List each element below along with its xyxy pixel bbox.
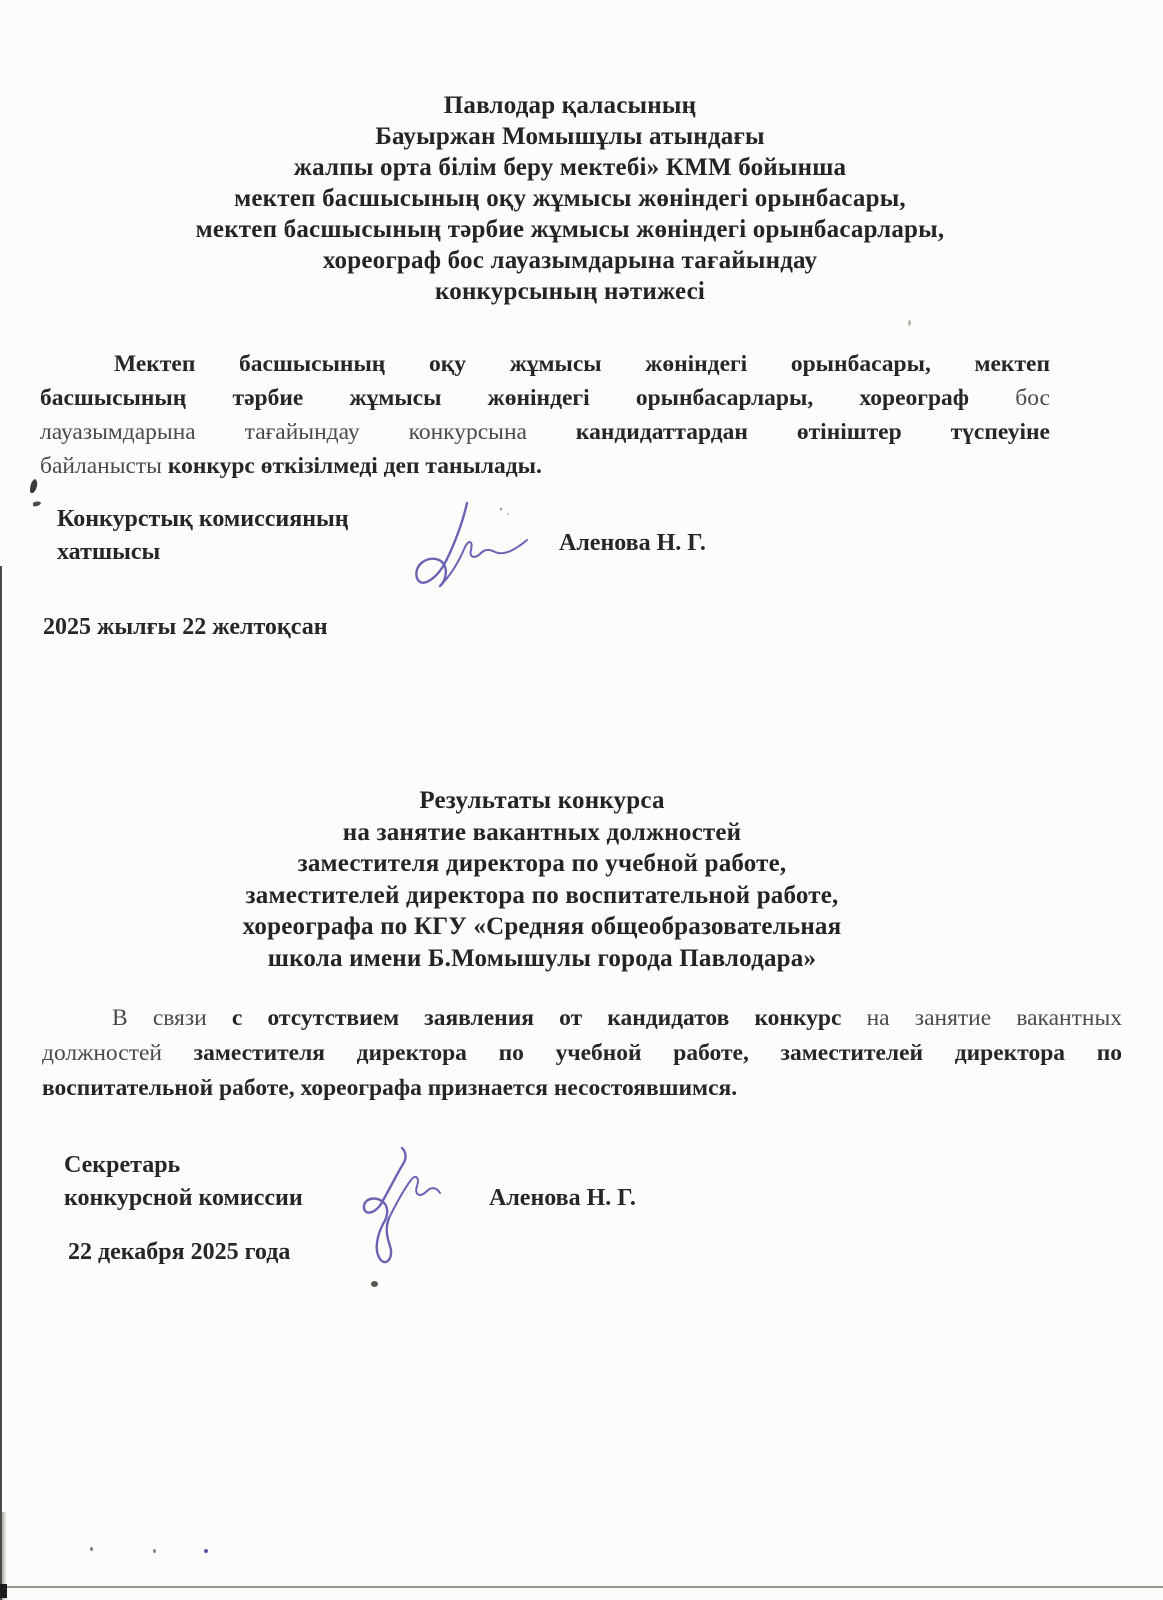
scan-speck [153,1549,156,1553]
ru-title-line: хореографа по КГУ «Средняя общеобразоват… [0,911,1084,943]
ru-title-line: заместителей директора по воспитательной… [0,880,1084,912]
kk-title-line: Бауыржан Момышұлы атындағы [0,121,1140,152]
ru-title-line: заместителя директора по учебной работе, [0,848,1084,880]
ru-body-line: должностей заместителя директора по учеб… [42,1036,1122,1071]
kk-title-line: жалпы орта білім беру мектебі» КММ бойын… [0,152,1140,183]
ru-date: 22 декабря 2025 года [68,1239,290,1266]
kk-title-line: конкурсының нәтижесі [0,276,1140,307]
scan-edge-bottom [0,1586,1163,1588]
kk-signatory-name: Аленова Н. Г. [559,530,706,557]
text-run: бос [1015,385,1050,411]
ink-dot [507,513,509,515]
text-run: басшысының тәрбие жұмысы жөніндегі орынб… [40,385,1015,411]
text-run: заместителя директора по учебной работе,… [194,1040,1122,1066]
ru-body-line: воспитательной работе, хореографа призна… [42,1071,1122,1106]
scan-speck [90,1547,93,1551]
ink-blot-mark [26,477,44,511]
ru-signatory-name: Аленова Н. Г. [489,1185,636,1212]
ru-body-paragraph: В связи с отсутствием заявления от канди… [42,1001,1122,1106]
ink-dot [500,508,503,511]
text-run: с отсутствием заявления от кандидатов ко… [232,1005,867,1031]
ru-signatory-role-line: Секретарь [64,1149,303,1182]
kk-title-line: Павлодар қаласының [0,90,1140,121]
scanned-document-page: Павлодар қаласының Бауыржан Момышұлы аты… [0,0,1163,1600]
kk-body-line: лауазымдарына тағайындау конкурсына канд… [40,415,1050,449]
kk-body-paragraph: Мектеп басшысының оқу жұмысы жөніндегі о… [40,347,1050,483]
kk-title-block: Павлодар қаласының Бауыржан Момышұлы аты… [0,90,1140,307]
text-run: кандидаттардан өтініштер түспеуіне [576,419,1050,445]
kk-body-line: басшысының тәрбие жұмысы жөніндегі орынб… [40,381,1050,415]
ru-signatory-role: Секретарь конкурсной комиссии [64,1149,303,1215]
ru-title-line: школа имени Б.Момышулы города Павлодара» [0,943,1084,975]
scan-edge-left [0,566,2,1600]
kk-title-line: мектеп басшысының оқу жұмысы жөніндегі о… [0,183,1140,214]
ru-body-line: В связи с отсутствием заявления от канди… [42,1001,1122,1036]
ru-title-line: на занятие вакантных должностей [0,817,1084,849]
text-run: конкурс өткізілмеді деп танылады. [168,453,542,479]
ru-title-line: Результаты конкурса [0,785,1084,817]
handwritten-signature [347,1140,443,1272]
text-run: лауазымдарына тағайындау конкурсына [40,419,576,445]
text-run: Мектеп басшысының оқу жұмысы жөніндегі о… [114,351,1050,377]
ru-title-block: Результаты конкурса на занятие вакантных… [0,785,1084,974]
kk-body-line: байланысты конкурс өткізілмеді деп таныл… [40,449,1050,483]
scan-speck [371,1281,378,1287]
text-run: В связи [112,1005,232,1031]
ru-signatory-role-line: конкурсной комиссии [64,1182,303,1215]
kk-signatory-role-line: хатшысы [57,536,349,569]
text-run: байланысты [40,453,168,479]
handwritten-signature [400,497,532,595]
kk-title-line: хореограф бос лауазымдарына тағайындау [0,245,1140,276]
kk-signatory-role-line: Конкурстық комиссияның [57,503,349,536]
scan-speck [204,1549,208,1553]
scan-edge-corner [0,1584,7,1598]
kk-signatory-role: Конкурстық комиссияның хатшысы [57,503,349,569]
text-run: должностей [42,1040,194,1066]
kk-date: 2025 жылғы 22 желтоқсан [43,614,328,641]
scan-speck [908,320,911,326]
text-run: воспитательной работе, хореографа призна… [42,1075,737,1101]
text-run: на занятие вакантных [867,1005,1122,1031]
kk-title-line: мектеп басшысының тәрбие жұмысы жөніндег… [0,214,1140,245]
kk-body-line: Мектеп басшысының оқу жұмысы жөніндегі о… [40,347,1050,381]
